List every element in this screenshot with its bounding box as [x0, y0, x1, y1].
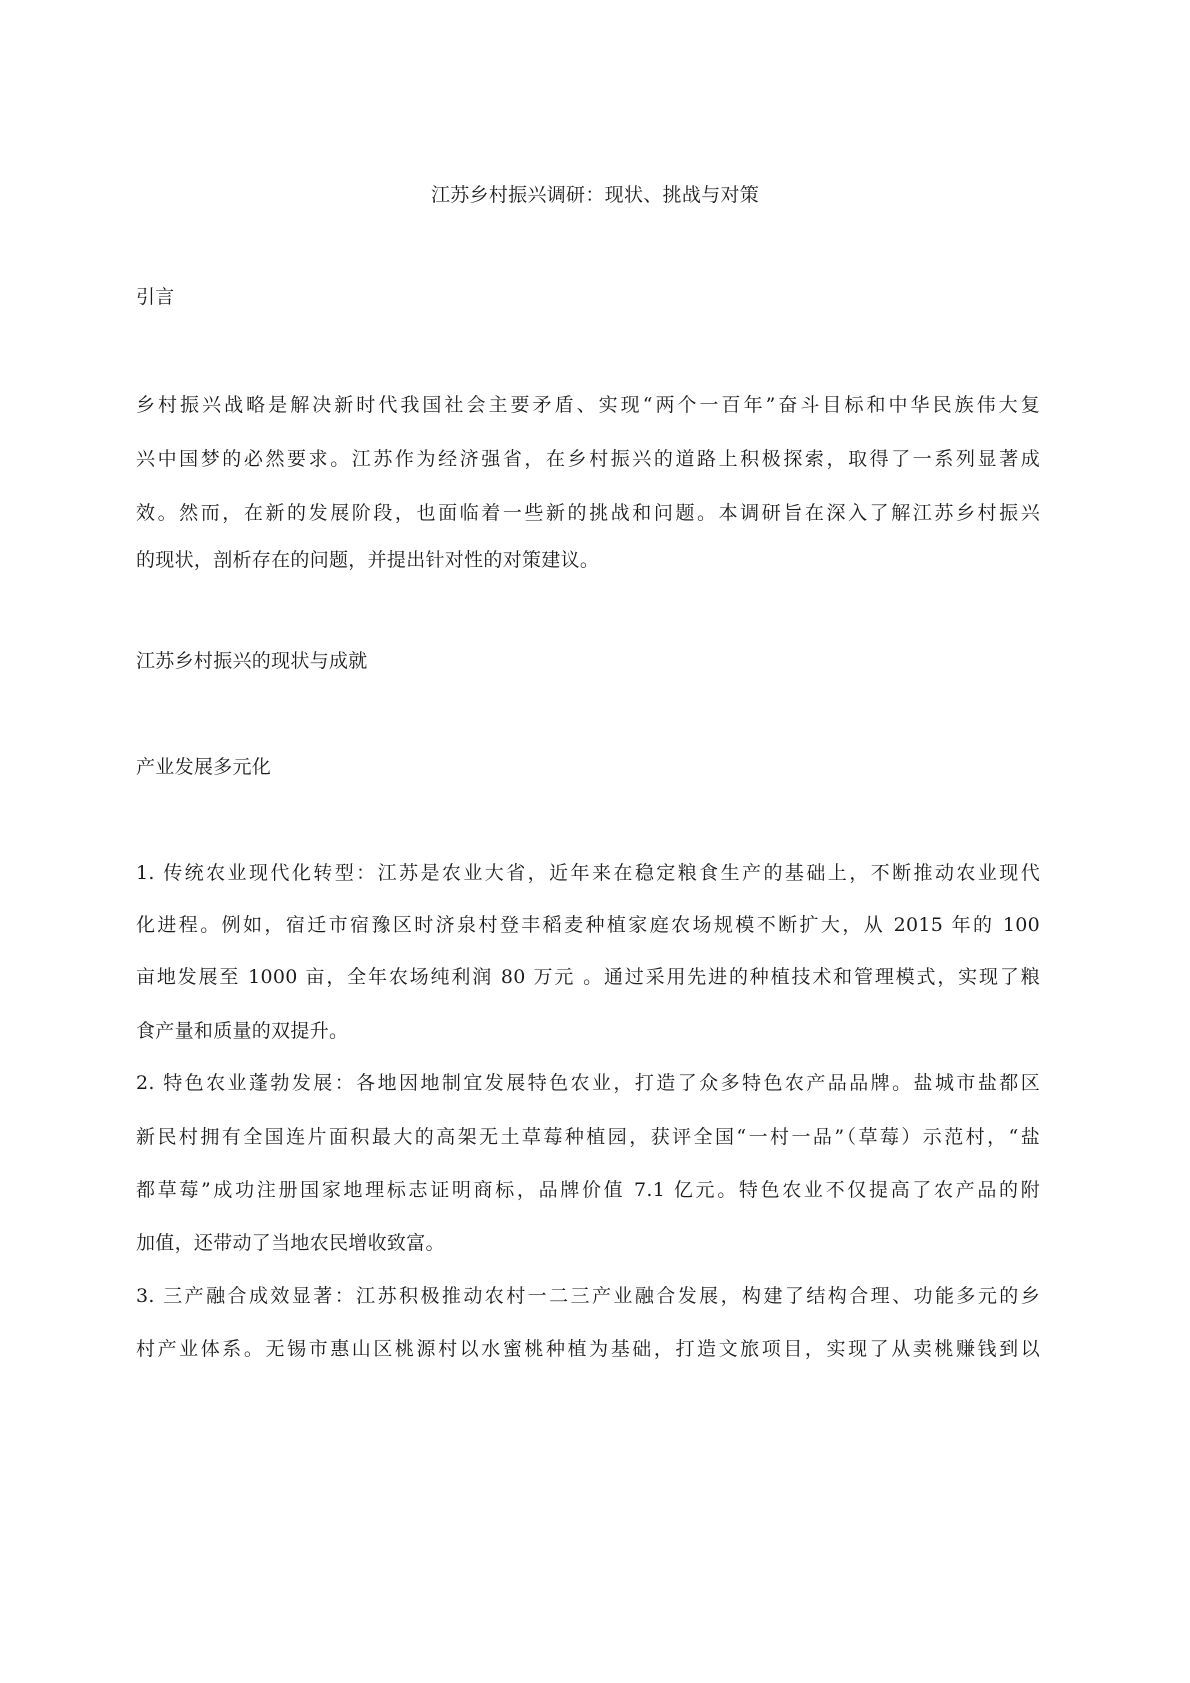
document-page: 江苏乡村振兴调研：现状、挑战与对策 引言 乡村振兴战略是解决新时代我国社会主要矛… [0, 0, 1190, 1683]
list-item-line: 1. 传统农业现代化转型：江苏是农业大省，近年来在稳定粮食生产的基础上，不断推动… [136, 860, 1040, 886]
heading-status-achievements: 江苏乡村振兴的现状与成就 [136, 648, 368, 674]
list-item-line: 化进程。例如，宿迁市宿豫区时济泉村登丰稻麦种植家庭农场规模不断扩大，从 2015… [136, 912, 1040, 938]
list-item-line: 2. 特色农业蓬勃发展：各地因地制宜发展特色农业，打造了众多特色农产品品牌。盐城… [136, 1070, 1040, 1096]
list-item-line: 村产业体系。无锡市惠山区桃源村以水蜜桃种植为基础，打造文旅项目，实现了从卖桃赚钱… [136, 1336, 1040, 1362]
list-item-line: 食产量和质量的双提升。 [136, 1018, 348, 1044]
heading-introduction: 引言 [136, 284, 175, 310]
list-item-line: 3. 三产融合成效显著：江苏积极推动农村一二三产业融合发展，构建了结构合理、功能… [136, 1283, 1040, 1309]
document-title: 江苏乡村振兴调研：现状、挑战与对策 [0, 182, 1190, 208]
list-item-line: 都草莓”成功注册国家地理标志证明商标，品牌价值 7.1 亿元。特色农业不仅提高了… [136, 1177, 1040, 1203]
list-item-line: 加值，还带动了当地农民增收致富。 [136, 1230, 445, 1256]
list-item-line: 新民村拥有全国连片面积最大的高架无土草莓种植园，获评全国“一村一品”（草莓）示范… [136, 1124, 1040, 1150]
subheading-industry-diversification: 产业发展多元化 [136, 754, 271, 780]
paragraph-line: 乡村振兴战略是解决新时代我国社会主要矛盾、实现“两个一百年”奋斗目标和中华民族伟… [136, 392, 1040, 418]
list-item-line: 亩地发展至 1000 亩，全年农场纯利润 80 万元 。通过采用先进的种植技术和… [136, 964, 1040, 990]
paragraph-line: 兴中国梦的必然要求。江苏作为经济强省，在乡村振兴的道路上积极探索，取得了一系列显… [136, 446, 1040, 472]
paragraph-line: 效。然而，在新的发展阶段，也面临着一些新的挑战和问题。本调研旨在深入了解江苏乡村… [136, 500, 1040, 526]
paragraph-line: 的现状，剖析存在的问题，并提出针对性的对策建议。 [136, 547, 599, 573]
